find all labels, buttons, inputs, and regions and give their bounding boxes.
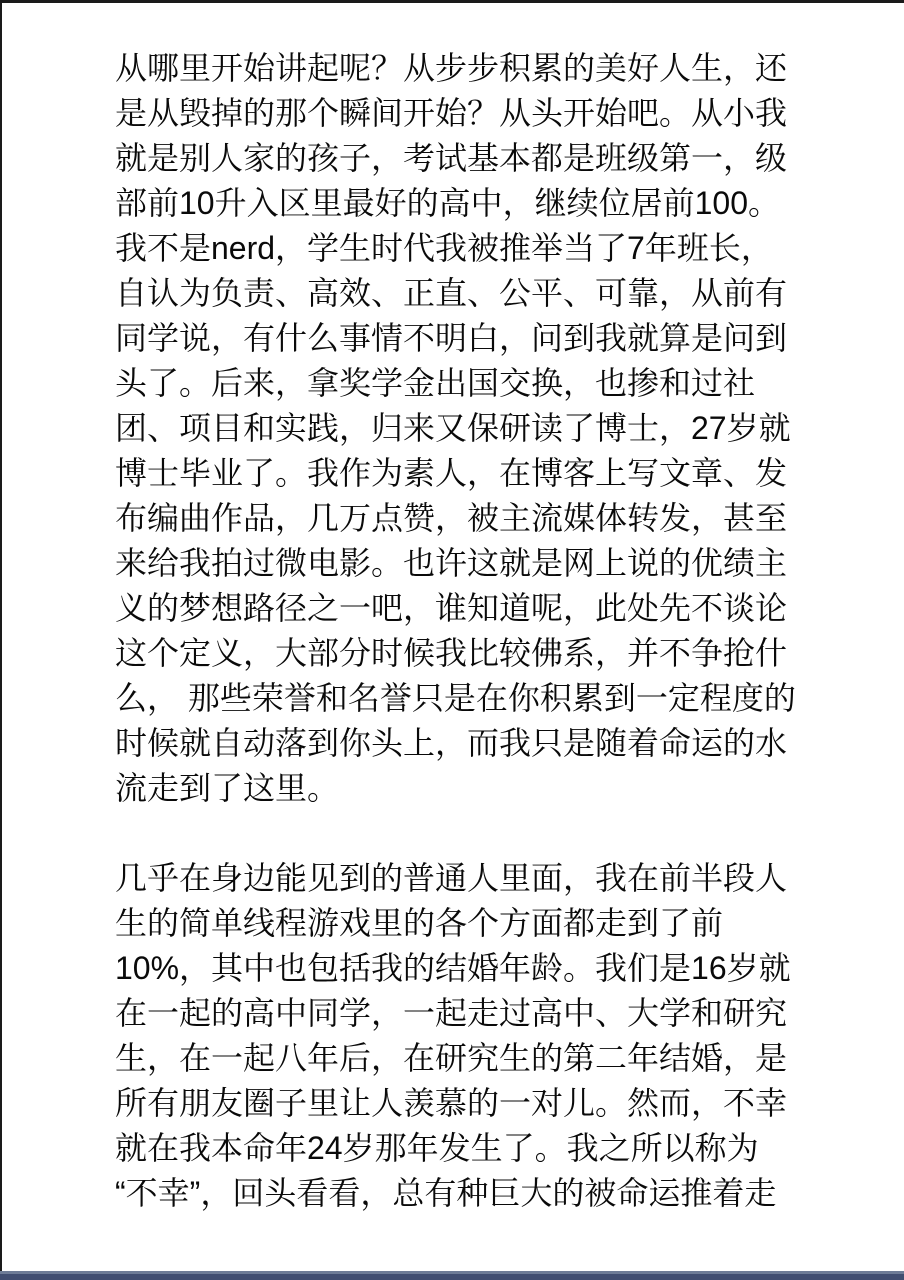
article-page: 从哪里开始讲起呢？从步步积累的美好人生，还 是从毁掉的那个瞬间开始？从头开始吧。… bbox=[0, 0, 904, 1280]
window-left-edge bbox=[0, 0, 2, 1271]
article-body: 从哪里开始讲起呢？从步步积累的美好人生，还 是从毁掉的那个瞬间开始？从头开始吧。… bbox=[115, 46, 807, 1216]
paragraph-1: 从哪里开始讲起呢？从步步积累的美好人生，还 是从毁掉的那个瞬间开始？从头开始吧。… bbox=[115, 46, 807, 811]
window-top-edge bbox=[0, 0, 904, 3]
paragraph-2: 几乎在身边能见到的普通人里面，我在前半段人 生的简单线程游戏里的各个方面都走到了… bbox=[115, 856, 807, 1216]
bottom-band-dark bbox=[0, 1274, 904, 1280]
